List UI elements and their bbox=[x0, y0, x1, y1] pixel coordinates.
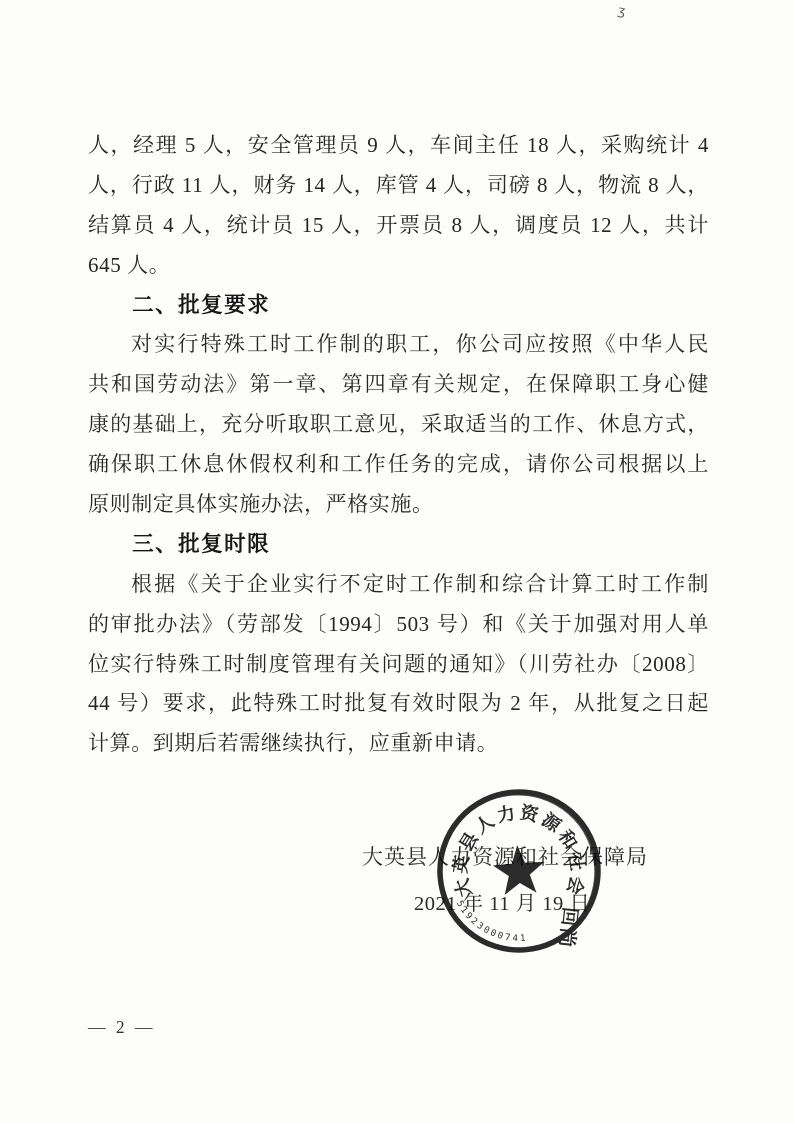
para3-line-3: 位实行特殊工时制度管理有关问题的通知》（川劳社办〔2008〕 bbox=[88, 645, 709, 685]
section-heading-2: 二、批复要求 bbox=[88, 286, 709, 326]
para3-line-1: 根据《关于企业实行不定时工作制和综合计算工时工作制 bbox=[88, 565, 709, 605]
stray-pen-mark: ʒ bbox=[617, 3, 627, 19]
para1-line-4: 645 人。 bbox=[88, 246, 709, 286]
seal-serial-number: 51923000741 bbox=[454, 895, 529, 949]
seal-inner-marks: 回尚 bbox=[555, 906, 582, 950]
para2-line-2: 共和国劳动法》第一章、第四章有关规定，在保障职工身心健 bbox=[88, 365, 709, 405]
seal-ring-text: 大英县人力资源和社会保障局 bbox=[428, 780, 590, 911]
para1-line-1: 人，经理 5 人，安全管理员 9 人，车间主任 18 人，采购统计 4 bbox=[88, 126, 709, 166]
para2-line-3: 康的基础上，充分听取职工意见，采取适当的工作、休息方式， bbox=[88, 405, 709, 445]
official-seal: 大英县人力资源和社会保障局 51923000741 回尚 bbox=[428, 780, 609, 961]
para3-line-2: 的审批办法》（劳部发〔1994〕503 号）和《关于加强对用人单 bbox=[88, 605, 709, 645]
seal-star-icon bbox=[492, 843, 547, 895]
para2-line-5: 原则制定具体实施办法，严格实施。 bbox=[88, 485, 709, 525]
document-page: ʒ 人，经理 5 人，安全管理员 9 人，车间主任 18 人，采购统计 4 人，… bbox=[0, 0, 794, 1123]
para1-line-2: 人，行政 11 人，财务 14 人，库管 4 人，司磅 8 人，物流 8 人， bbox=[88, 166, 709, 206]
page-number: — 2 — bbox=[88, 1017, 156, 1038]
para2-line-4: 确保职工休息休假权利和工作任务的完成，请你公司根据以上 bbox=[88, 445, 709, 485]
para1-line-3: 结算员 4 人，统计员 15 人，开票员 8 人，调度员 12 人，共计 bbox=[88, 206, 709, 246]
para3-line-4: 44 号）要求，此特殊工时批复有效时限为 2 年，从批复之日起 bbox=[88, 684, 709, 724]
body-text: 人，经理 5 人，安全管理员 9 人，车间主任 18 人，采购统计 4 人，行政… bbox=[88, 126, 709, 764]
section-heading-3: 三、批复时限 bbox=[88, 525, 709, 565]
para3-line-5: 计算。到期后若需继续执行，应重新申请。 bbox=[88, 724, 709, 764]
para2-line-1: 对实行特殊工时工作制的职工，你公司应按照《中华人民 bbox=[88, 325, 709, 365]
